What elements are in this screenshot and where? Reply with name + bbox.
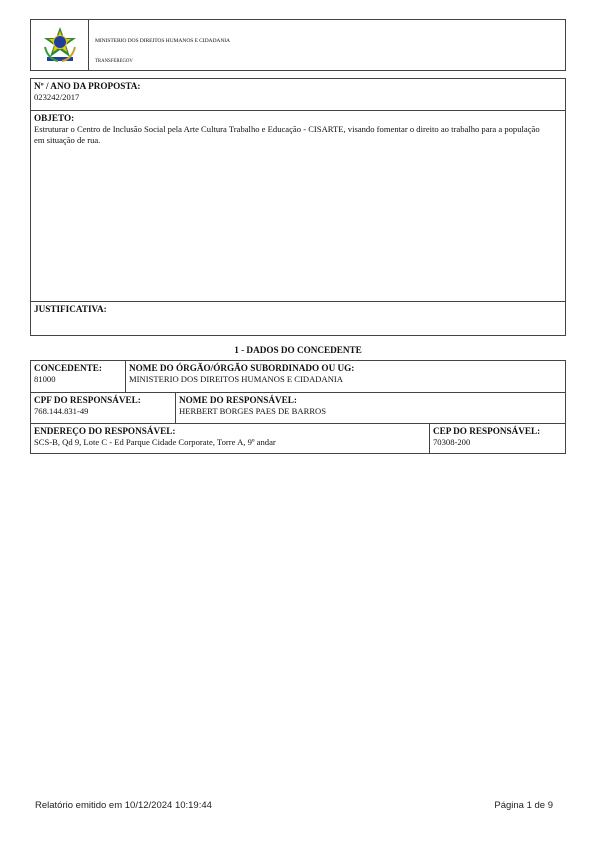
cep-value: 70308-200: [433, 437, 562, 448]
cpf-value: 768.144.831-49: [34, 406, 172, 417]
objeto-field: OBJETO: Estruturar o Centro de Inclusão …: [30, 110, 566, 302]
orgao-value: MINISTERIO DOS DIREITOS HUMANOS E CIDADA…: [129, 374, 562, 385]
responsavel-row: CPF DO RESPONSÁVEL: 768.144.831-49 NOME …: [30, 392, 566, 424]
concedente-value: 81000: [34, 374, 122, 385]
endereco-value: SCS-B, Qd 9, Lote C - Ed Parque Cidade C…: [34, 437, 426, 448]
concedente-label: CONCEDENTE:: [34, 363, 122, 374]
justificativa-field: JUSTIFICATIVA:: [30, 301, 566, 336]
section-title-concedente: 1 - DADOS DO CONCEDENTE: [30, 345, 566, 355]
page-number: Página 1 de 9: [494, 800, 553, 811]
nome-responsavel-label: NOME DO RESPONSÁVEL:: [179, 395, 562, 406]
orgao-label: NOME DO ÓRGÃO/ÓRGÃO SUBORDINADO OU UG:: [129, 363, 562, 374]
brazil-coat-of-arms-icon: [31, 20, 89, 70]
endereco-row: ENDEREÇO DO RESPONSÁVEL: SCS-B, Qd 9, Lo…: [30, 423, 566, 454]
justificativa-label: JUSTIFICATIVA:: [34, 304, 562, 315]
proposta-value: 023242/2017: [34, 92, 562, 103]
cep-label: CEP DO RESPONSÁVEL:: [433, 426, 562, 437]
endereco-label: ENDEREÇO DO RESPONSÁVEL:: [34, 426, 426, 437]
organization-name: MINISTERIO DOS DIREITOS HUMANOS E CIDADA…: [95, 38, 230, 44]
objeto-value: Estruturar o Centro de Inclusão Social p…: [34, 124, 562, 145]
proposta-label: Nº / ANO DA PROPOSTA:: [34, 81, 562, 92]
report-emitted-timestamp: Relatório emitido em 10/12/2024 10:19:44: [35, 800, 212, 811]
proposta-field: Nº / ANO DA PROPOSTA: 023242/2017: [30, 78, 566, 111]
system-name: TRANSFEREGOV: [95, 59, 133, 64]
document-header: MINISTERIO DOS DIREITOS HUMANOS E CIDADA…: [30, 19, 566, 71]
nome-responsavel-value: HERBERT BORGES PAES DE BARROS: [179, 406, 562, 417]
cpf-label: CPF DO RESPONSÁVEL:: [34, 395, 172, 406]
concedente-row: CONCEDENTE: 81000 NOME DO ÓRGÃO/ÓRGÃO SU…: [30, 360, 566, 393]
objeto-label: OBJETO:: [34, 113, 562, 124]
